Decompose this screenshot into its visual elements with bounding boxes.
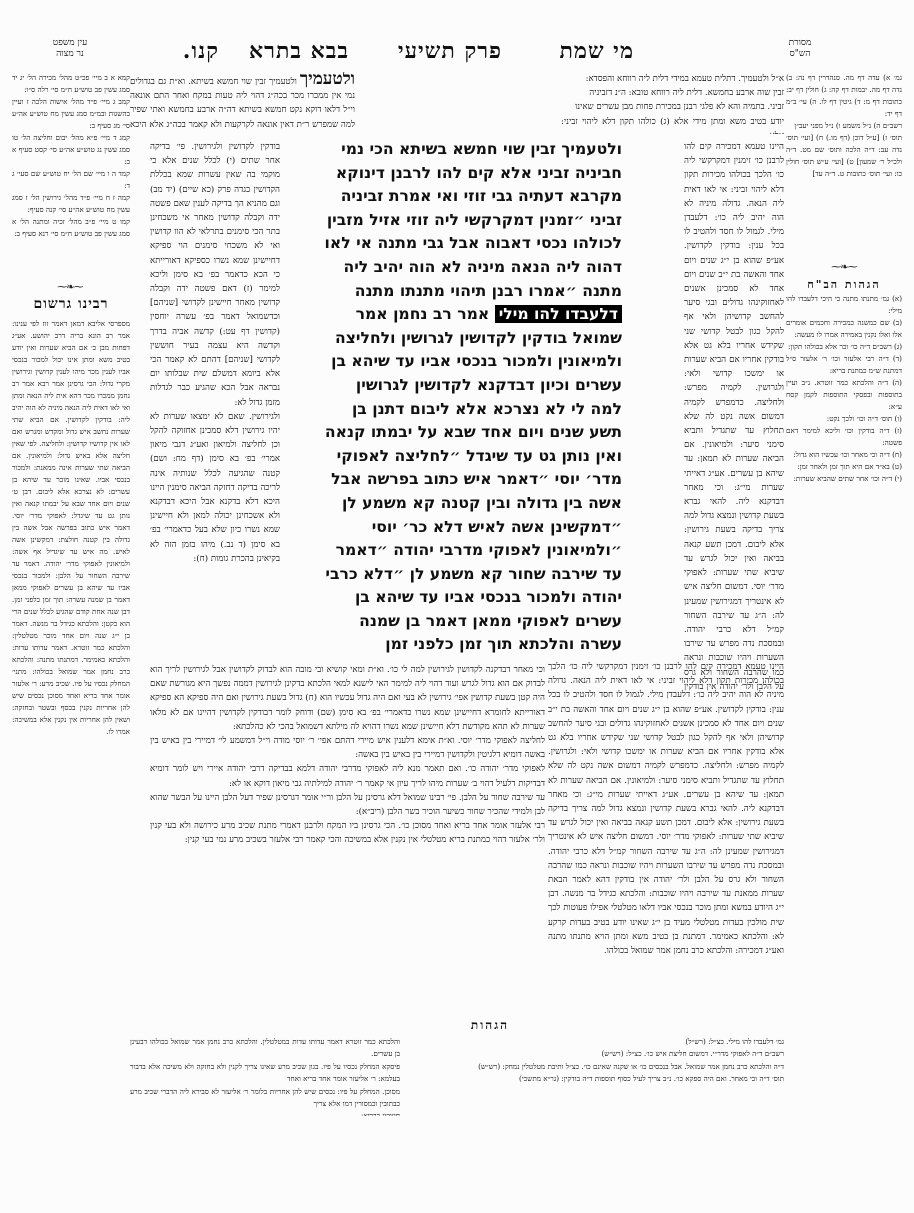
hagahot-bottom-title: הגהות bbox=[440, 1018, 540, 1033]
rashi-commentary: היינו טעמא דמכירה קים להו לרבנן כו׳ זימנ… bbox=[684, 140, 784, 695]
page-header: מסורת הש"ס מי שמת פרק תשיעי בבא בתרא קנו… bbox=[0, 38, 914, 62]
tractate-name: בבא בתרא bbox=[249, 38, 349, 64]
tosafot-opening-word: ולטעמיך bbox=[300, 72, 355, 89]
left-margin-title: עין משפט נר מצוה bbox=[50, 38, 90, 60]
right-margin-title: מסורת הש"ס bbox=[770, 38, 830, 60]
rashi-lower: היינו טעמא דמכירה קים להו לרבנן כו׳ זימנ… bbox=[548, 660, 784, 1000]
highlighted-phrase[interactable]: דלעבדו להו מילי bbox=[495, 305, 622, 323]
ornament-divider: ⁓❧⁓ bbox=[794, 262, 894, 273]
ein-mishpat: קמא א ב מיי׳ פכ״ט מהל׳ מכירה הל׳ יג יד ס… bbox=[12, 72, 130, 287]
hagahot-bottom: גמ׳ דלעבדו להו מילי. כצ״ל: (רש״ל) רשב״ם … bbox=[404, 1036, 784, 1116]
hagahot-habach-title: הגהות הב"ח bbox=[786, 279, 902, 291]
rabbeinu-gershom-bottom: והלכתא כמר זוטרא דאמר עדותו עדות במטלטלי… bbox=[130, 1036, 400, 1116]
ornament-divider-left: ⁓❧⁓ bbox=[30, 282, 110, 293]
rabbeinu-gershom-text: מספרסי אליבא דמאן דאמר זוז לפי ענינו: אמ… bbox=[12, 318, 130, 1038]
chapter-name: מי שמת bbox=[559, 38, 634, 64]
hagahot-habach: הגהות הב"ח (א) גמ׳ מתנתו מתנה כי היכי דל… bbox=[786, 275, 902, 1015]
rabbeinu-gershom-title: רבינו גרשום bbox=[12, 296, 130, 313]
tosafot-header-block: ולטעמיך ולטעמיך זבין שוי חמשא בשיתא. וא״… bbox=[130, 72, 355, 134]
tosafot-commentary: בודקין לקדושין ולגירושין. פי׳ בדיקה אחר … bbox=[150, 140, 280, 660]
rashi-header-block: א״ל ולטעמיך. דתלית טעמא במידי דלית ליה ר… bbox=[561, 72, 784, 134]
chapter-number: פרק תשיעי bbox=[398, 38, 502, 64]
tosafot-lower: וכי מאחר דבדקנה לקדושין לגירושין למה לי … bbox=[150, 660, 545, 1000]
folio-number: קנו. bbox=[183, 38, 219, 64]
gemara-main-text: ולטעמיך זבין שוי חמשא בשיתא הכי נמי חבינ… bbox=[282, 138, 622, 658]
mesoret-hashas: גמ׳ א) עדה דף מה. סנהדרין דף נה: ב) נדה … bbox=[786, 72, 902, 262]
